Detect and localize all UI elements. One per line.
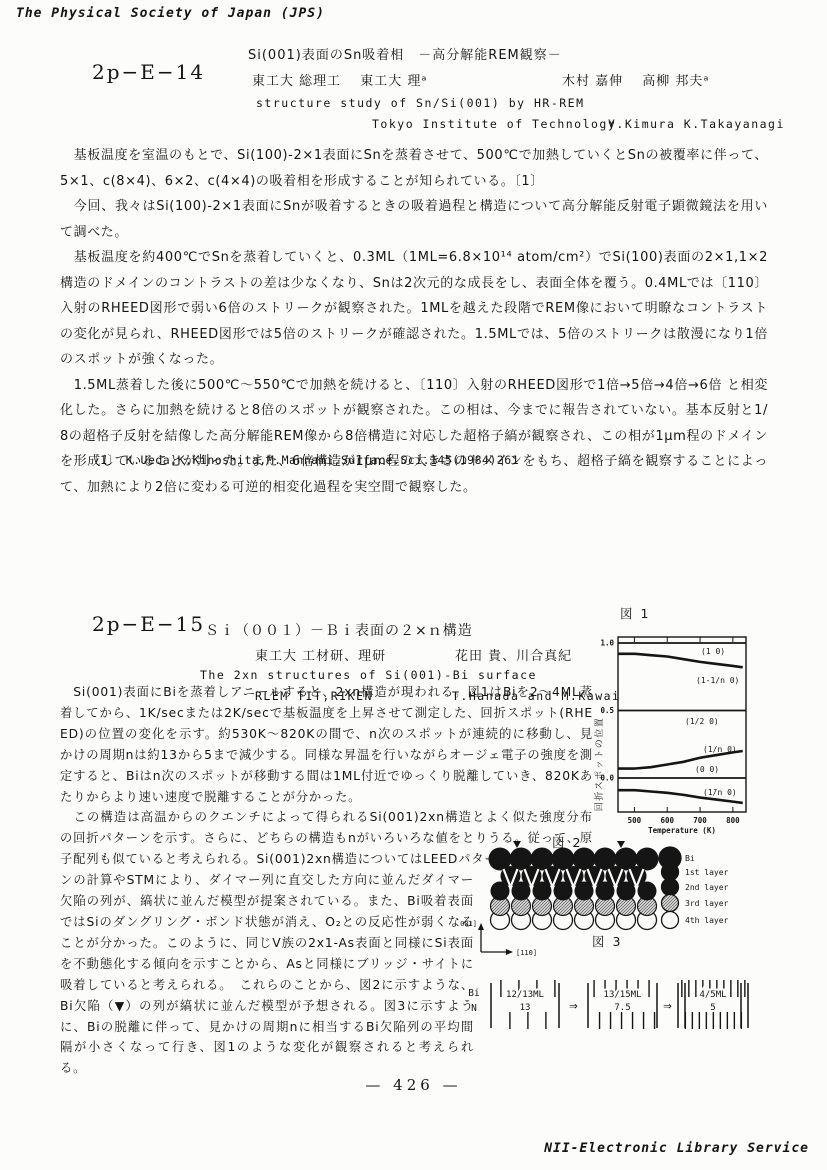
fig2-bi-atom	[636, 848, 659, 871]
fig2-bi-atom	[615, 848, 638, 871]
fig1-series-label: (1/n 0)	[703, 745, 737, 754]
abstract1-affiliation-jp: 東工大 総理工 東工大 理ᵃ	[252, 70, 428, 89]
fig3-row-label-bi: Bi	[468, 988, 480, 999]
fig3-arrow-icon: ⇒	[663, 998, 671, 1014]
fig3-coverage-label: 12/13ML	[506, 990, 544, 1000]
fig2-bi-atom	[552, 848, 575, 871]
fig1-xtick-label: 600	[660, 816, 674, 825]
nii-footer: NII-Electronic Library Service	[544, 1141, 809, 1156]
abstract2-title-en: The 2xn structures of Si(001)-Bi surface	[200, 668, 537, 682]
fig3-coverage-label: 4/5ML	[699, 990, 726, 1000]
presentation-id-2p-e-15: 2p−E−15	[92, 612, 205, 636]
figure1-caption: 図 1	[620, 604, 650, 622]
abstract2-body-narrow: ンの計算やSTMにより、ダイマー列に直交した方向に並んだダイマー欠陥の列が、縞状…	[60, 870, 474, 1079]
abstract2-paragraph-continued: ンの計算やSTMにより、ダイマー列に直交した方向に並んだダイマー欠陥の列が、縞状…	[60, 870, 474, 1079]
fig2-legend-swatch	[662, 879, 679, 896]
abstract1-paragraph: 基板温度を約400℃でSnを蒸着していくと、0.3ML（1ML=6.8×10¹⁴…	[60, 245, 768, 373]
fig2-legend-swatch	[662, 895, 679, 912]
fig2-legend-label: Bi	[685, 854, 695, 863]
abstract1-body: 基板温度を室温のもとで、Si(100)-2×1表面にSnを蒸着させて、500℃で…	[60, 143, 768, 500]
fig1-xaxis-title: Temperature (K)	[648, 826, 716, 835]
abstract1-reference: 〔1〕 K.Ueda,K.Kinoshita,M.Mannami,Surface…	[88, 452, 519, 468]
fig1-xtick-label: 500	[628, 816, 642, 825]
fig1-series-label: (1 0)	[701, 647, 725, 656]
fig2-defect-marker	[513, 841, 521, 848]
page-number: — 426 —	[0, 1076, 827, 1094]
fig2-legend-swatch	[662, 912, 679, 929]
fig2-legend-label: 3rd layer	[685, 899, 729, 908]
fig2-axis-001-label: [001]	[460, 920, 477, 928]
abstract2-title-jp: Ｓｉ（００１）－Ｂｉ表面の２×ｎ構造	[205, 620, 473, 640]
fig1-plot-box	[618, 637, 746, 812]
fig3-row-label-n: N	[471, 1003, 477, 1014]
abstract1-paragraph: 今回、我々はSi(100)-2×1表面にSnが吸着するときの吸着過程と構造につい…	[60, 194, 768, 245]
abstract1-title-en: structure study of Sn/Si(001) by HR-REM	[256, 96, 585, 110]
figure3-bi-row-spacing-diagram: BiN12/13ML1313/15ML7.54/5ML5⇒⇒	[445, 970, 765, 1045]
fig2-bi-atom	[594, 848, 617, 871]
abstract2-affiliation-jp: 東工大 工材研、理研	[255, 645, 386, 664]
abstract2-authors-jp: 花田 貴、川合真紀	[455, 645, 572, 664]
fig2-legend-label: 4th layer	[685, 916, 729, 925]
fig2-bi-atom	[489, 848, 512, 871]
fig3-coverage-label: 13/15ML	[604, 990, 642, 1000]
abstract1-authors-en: Y.Kimura K.Takayanagi	[608, 117, 785, 131]
abstract1-title-jp: Si(001)表面のSn吸着相 －高分解能REM観察－	[248, 44, 562, 63]
fig3-period-label: 7.5	[614, 1003, 630, 1013]
fig2-legend-label: 1st layer	[685, 868, 729, 877]
fig2-axis-arrowhead	[506, 949, 513, 955]
fig2-bi-atom	[531, 848, 554, 871]
abstract1-affiliation-en: Tokyo Institute of Technology	[372, 117, 616, 131]
fig1-series-label: (1/2 0)	[685, 717, 719, 726]
fig3-arrow-icon: ⇒	[569, 998, 577, 1014]
library-header: The Physical Society of Japan (JPS)	[16, 6, 325, 21]
presentation-id-2p-e-14: 2p−E−14	[92, 60, 205, 84]
fig3-period-label: 5	[710, 1003, 715, 1013]
fig2-bi-atom	[573, 848, 596, 871]
fig1-series-label: (1̄/n 0)	[703, 788, 737, 797]
fig1-ytick-label: 0.5	[600, 706, 614, 715]
abstract1-paragraph: 1.5ML蒸着した後に500℃～550℃で加熱を続けると、〔110〕入射のRHE…	[60, 373, 768, 501]
fig1-yaxis-title: 回折スポットの位置	[593, 717, 605, 812]
fig2-axis-110-label: [110]	[516, 949, 537, 957]
fig1-series-label: (1-1/n 0)	[696, 676, 739, 685]
abstract1-paragraph: 基板温度を室温のもとで、Si(100)-2×1表面にSnを蒸着させて、500℃で…	[60, 143, 768, 194]
figure1-rheed-spot-position-chart: 5006007008000.00.51.0(1 0)(1-1/n 0)(1/2 …	[591, 628, 785, 840]
fig2-legend-label: 2nd layer	[685, 883, 729, 892]
abstract2-paragraph: Si(001)表面にBiを蒸着しアニールすると、2xn構造が現われる。図1はBi…	[60, 682, 593, 807]
scanned-proceedings-page: The Physical Society of Japan (JPS) 2p−E…	[0, 0, 827, 1170]
fig2-axis-arrowhead	[478, 923, 484, 930]
fig1-xtick-label: 800	[726, 816, 740, 825]
fig1-xtick-label: 700	[693, 816, 707, 825]
figure3-caption: 図 3	[592, 932, 622, 950]
fig3-period-label: 13	[520, 1003, 531, 1013]
fig1-ytick-label: 1.0	[600, 639, 614, 648]
fig2-defect-marker	[617, 841, 625, 848]
fig2-bi-atom	[510, 848, 533, 871]
fig1-series-label: (0 0)	[695, 765, 719, 774]
abstract1-authors-jp: 木村 嘉伸 高柳 邦夫ᵃ	[562, 70, 710, 89]
